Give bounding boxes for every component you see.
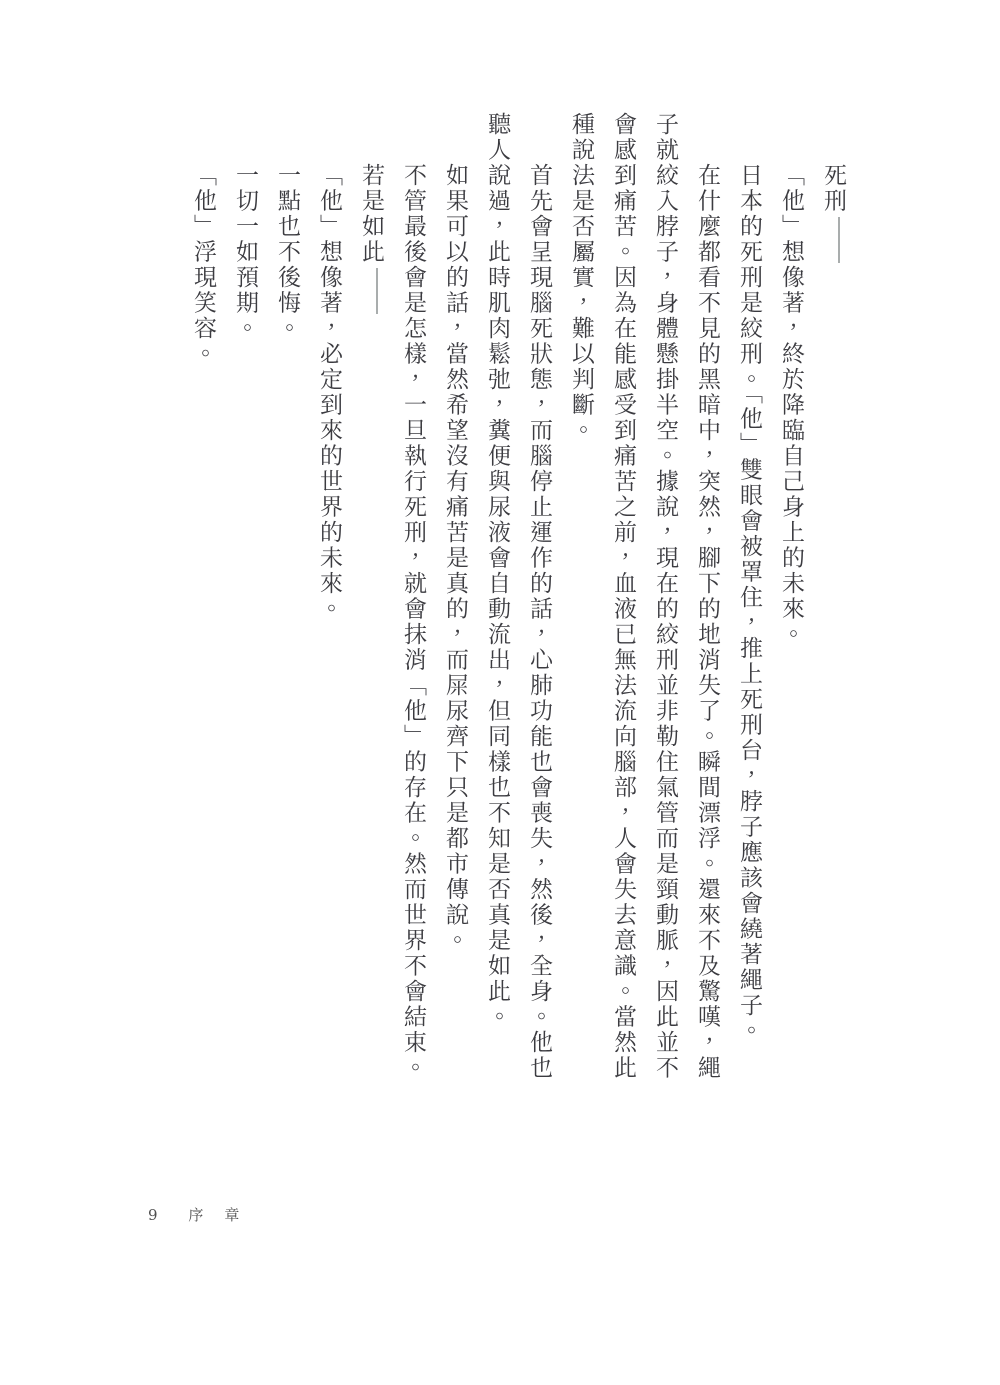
page-number: 9 — [148, 1206, 158, 1224]
chapter-heading: 死刑 — [812, 112, 854, 1087]
paragraph: 一切一如預期。 — [224, 112, 266, 1087]
vertical-text-block: 死刑 「他」想像著，終於降臨自己身上的未來。日本的死刑是絞刑。「他」雙眼會被罩住… — [182, 112, 854, 1087]
paragraph: 若是如此 — [350, 112, 392, 1087]
em-dash — [376, 268, 378, 314]
em-dash — [838, 217, 840, 263]
paragraph: 日本的死刑是絞刑。「他」雙眼會被罩住，推上死刑台，脖子應該會繞著繩子。 — [728, 112, 770, 1087]
page-footer: 9 序章 — [148, 1204, 260, 1225]
chapter-label: 序章 — [188, 1204, 260, 1225]
paragraph: 不管最後會是怎樣，一旦執行死刑，就會抹消「他」的存在。然而世界不會結束。 — [392, 112, 434, 1087]
paragraph: 首先會呈現腦死狀態，而腦停止運作的話，心肺功能也會喪失，然後，全身。他也聽人說過… — [476, 112, 560, 1087]
book-page: 死刑 「他」想像著，終於降臨自己身上的未來。日本的死刑是絞刑。「他」雙眼會被罩住… — [0, 0, 1000, 1385]
paragraph: 一點也不後悔。 — [266, 112, 308, 1087]
paragraph: 「他」想像著，必定到來的世界的未來。 — [308, 112, 350, 1087]
paragraph: 「他」浮現笑容。 — [182, 112, 224, 1087]
paragraphs: 「他」想像著，終於降臨自己身上的未來。日本的死刑是絞刑。「他」雙眼會被罩住，推上… — [182, 112, 812, 1087]
paragraph: 「他」想像著，終於降臨自己身上的未來。 — [770, 112, 812, 1087]
paragraph: 如果可以的話，當然希望沒有痛苦是真的，而屎尿齊下只是都市傳說。 — [434, 112, 476, 1087]
paragraph: 在什麼都看不見的黑暗中，突然，腳下的地消失了。瞬間漂浮。還來不及驚嘆，繩子就絞入… — [560, 112, 728, 1087]
